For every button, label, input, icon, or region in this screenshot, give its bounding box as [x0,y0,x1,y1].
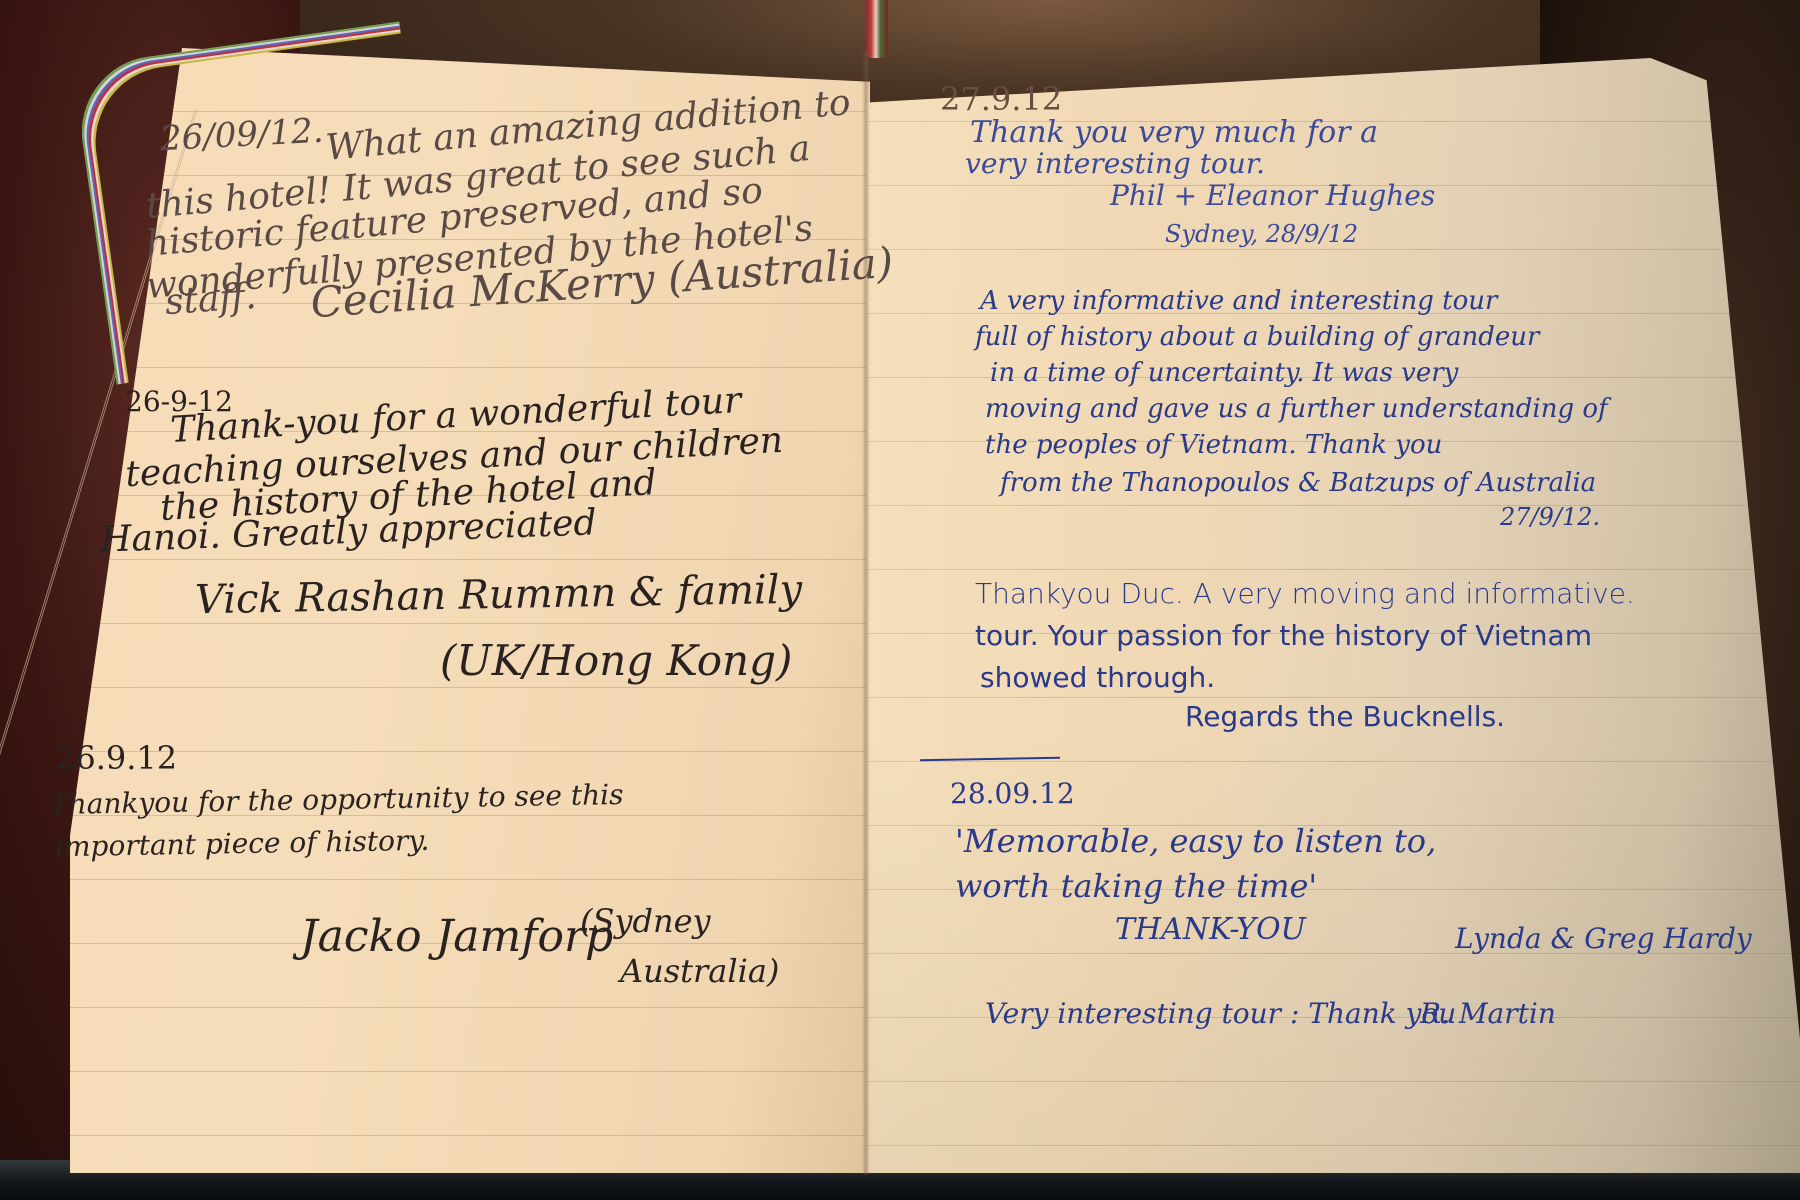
entry-line: showed through. [980,664,1215,692]
entry-line: Very interesting tour : Thank you [985,1000,1456,1028]
entry-location-date: Sydney, 28/9/12 [1165,222,1358,246]
entry-date: 26.9.12 [55,742,177,774]
entry-line: from the Thanopoulos & Batzups of Austra… [1000,470,1596,496]
entry-signature: Jacko Jamforp [300,915,613,959]
entry-signature: R. Martin [1420,1000,1556,1028]
entry-signature: Regards the Bucknells. [1185,703,1505,731]
entry-location: (UK/Hong Kong) [440,640,792,682]
entry-line: Thank you very much for a [970,118,1378,148]
entry-line: 'Memorable, easy to listen to, [955,825,1436,857]
entry-line: tour. Your passion for the history of Vi… [975,622,1592,650]
entry-signature: Vick Rashan Rummn & family [195,570,803,621]
entry-date: 27/9/12. [1500,505,1600,529]
entry-line: full of history about a building of gran… [975,324,1539,350]
entry-line: A very informative and interesting tour [980,288,1497,314]
entry-line: Thankyou Duc. A very moving and informat… [975,580,1635,608]
entry-line: worth taking the time' [955,870,1317,902]
entry-line: the peoples of Vietnam. Thank you [985,432,1442,458]
entry-location: Australia) [620,955,779,987]
entry-line: very interesting tour. [965,150,1265,178]
entry-date: 26/09/12. [159,114,324,157]
entry-date: 28.09.12 [950,780,1075,808]
book-spine [862,50,870,1175]
entry-line: moving and gave us a further understandi… [985,396,1608,422]
entry-date: 27.9.12 [940,83,1062,115]
entry-line: staff. [164,279,258,321]
entry-line: important piece of history. [55,827,430,862]
entry-line: in a time of uncertainty. It was very [990,360,1458,386]
entry-location: (Sydney [580,905,711,937]
entry-thanks: THANK-YOU [1115,915,1306,945]
entry-signature: Phil + Eleanor Hughes [1110,182,1435,210]
entry-signature: Lynda & Greg Hardy [1455,925,1752,953]
